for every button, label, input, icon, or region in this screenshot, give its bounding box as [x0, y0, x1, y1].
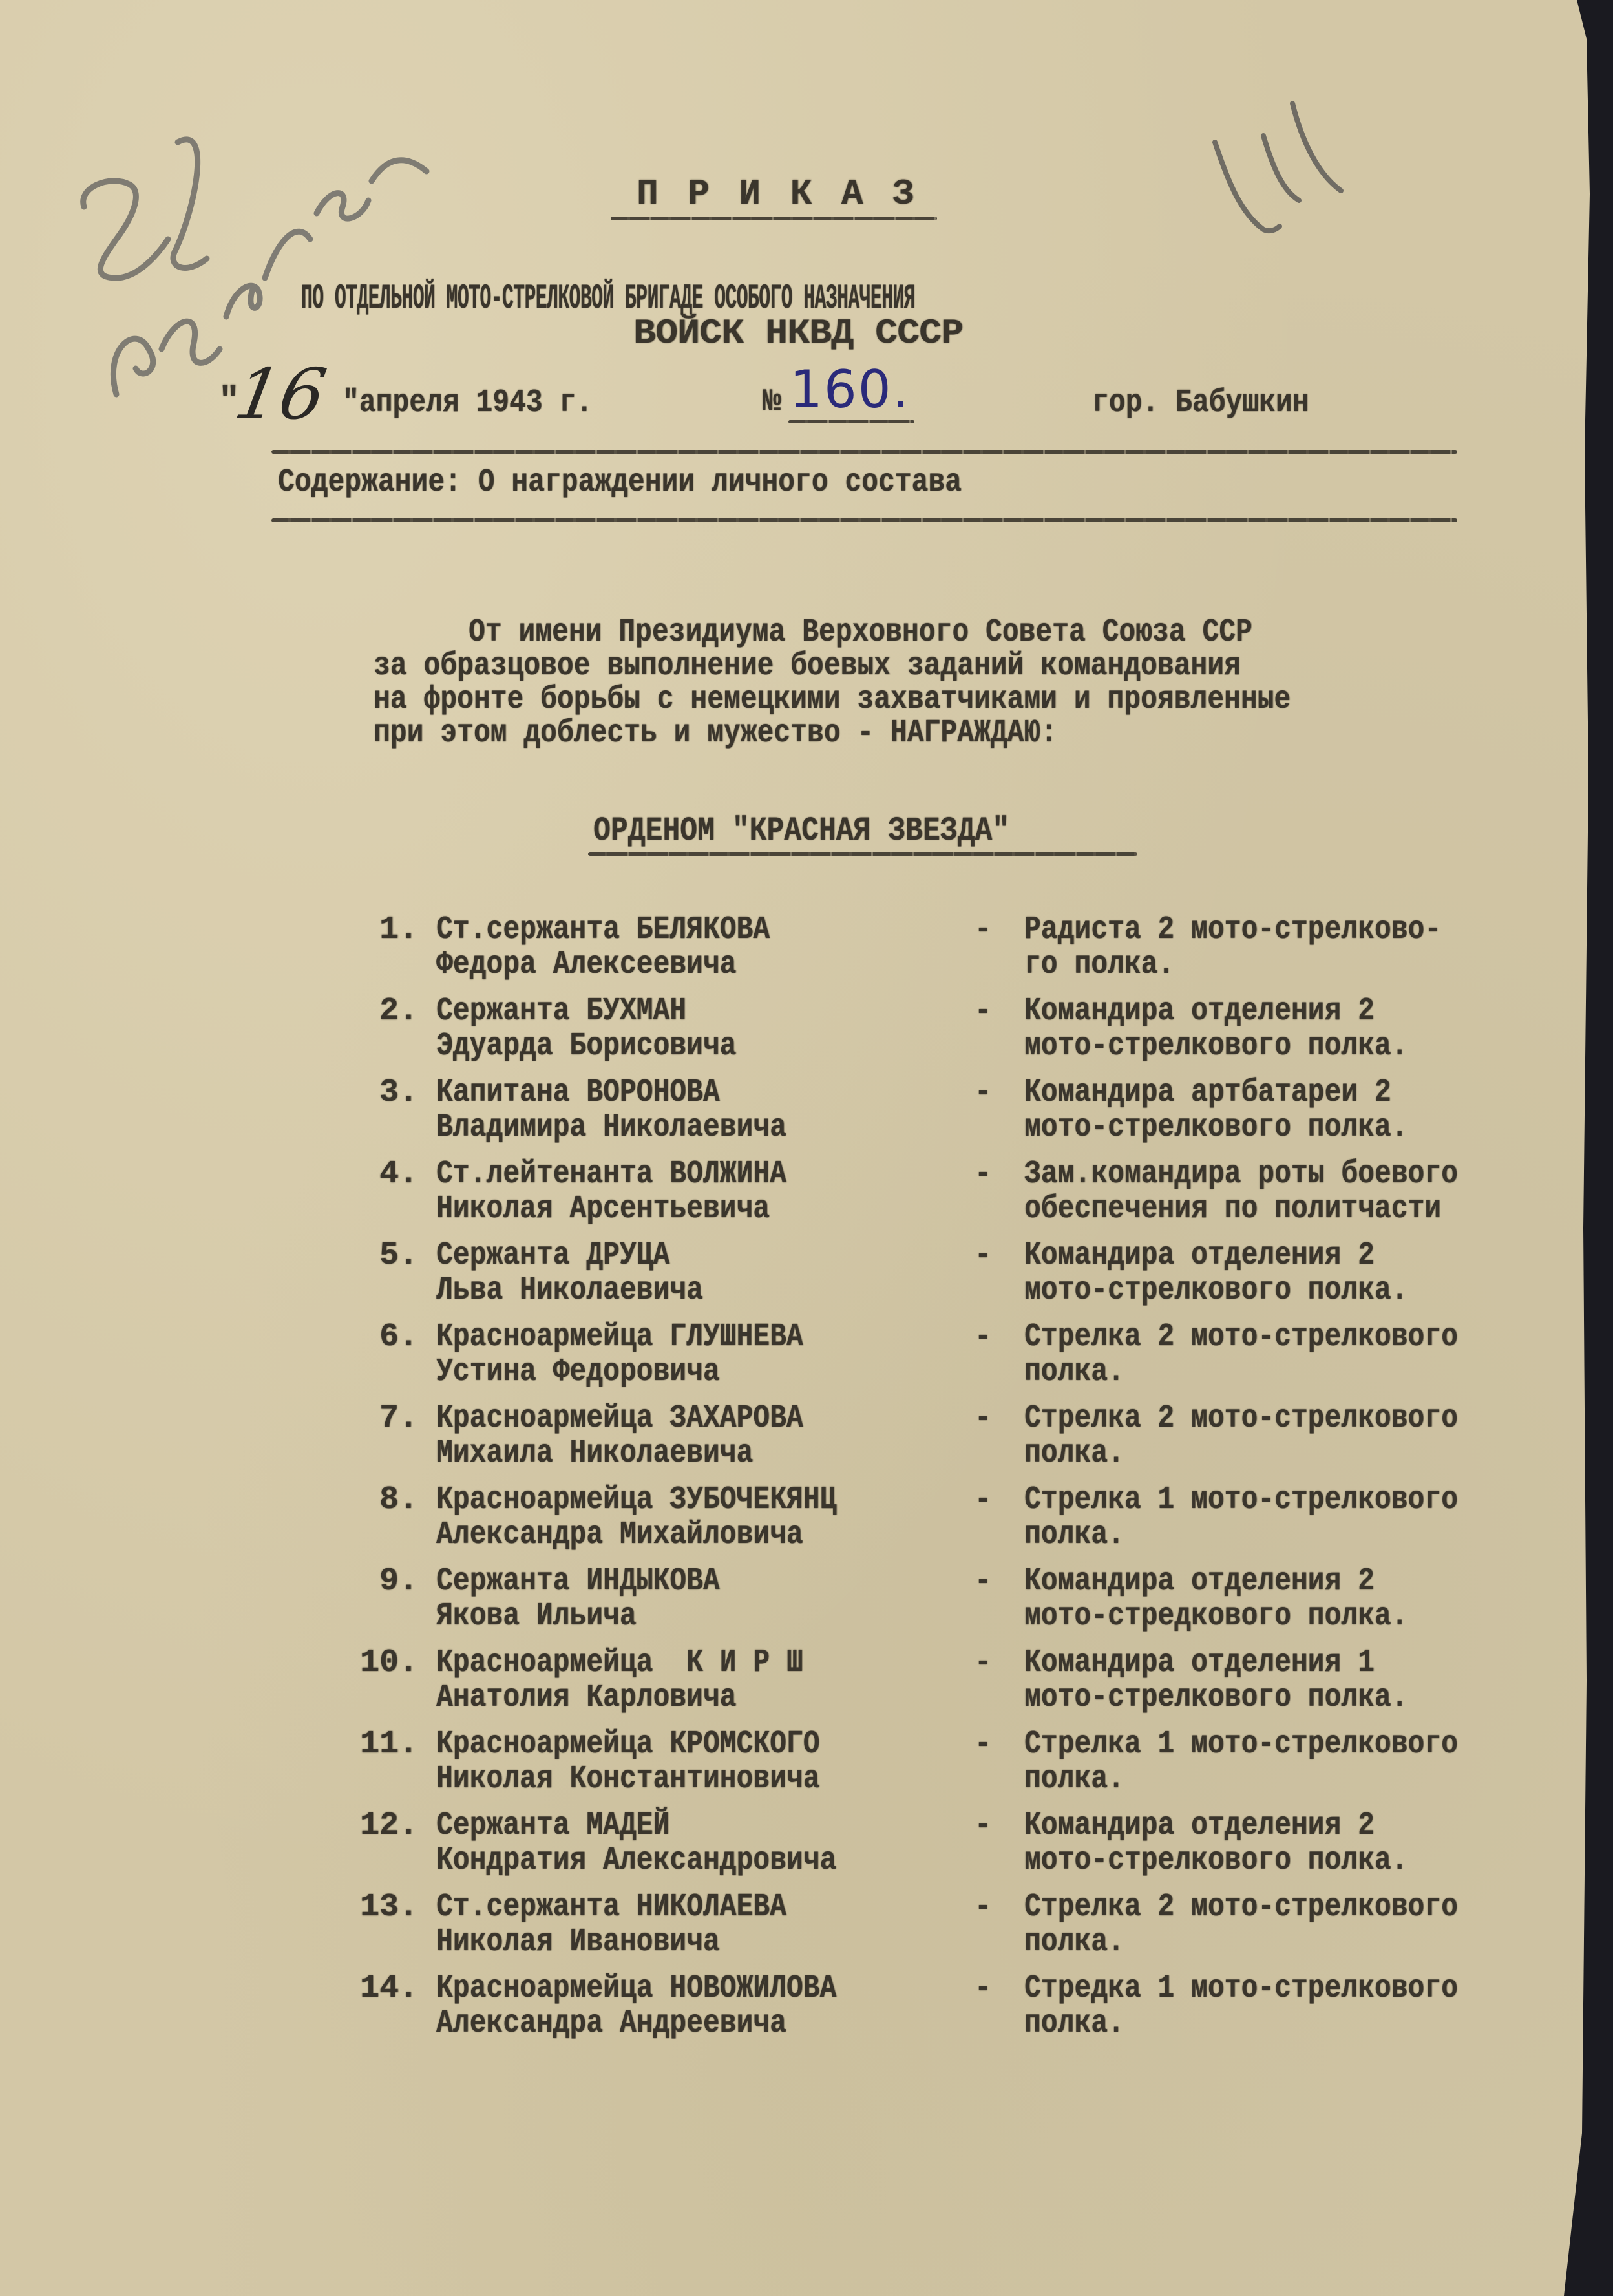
- recipient-role-line-1: Командира артбатареи 2: [1024, 1074, 1391, 1111]
- preamble-line-3: на фронте борьбы с немецкими захватчикам…: [374, 681, 1291, 718]
- recipient-dash: -: [975, 911, 991, 948]
- recipient-number: 9.: [346, 1563, 418, 1600]
- recipient-number: 13.: [346, 1889, 418, 1926]
- recipient-number: 4.: [346, 1156, 418, 1193]
- recipient-number: 7.: [346, 1400, 418, 1437]
- recipient-dash: -: [975, 1563, 991, 1600]
- contents-line: Содержание: О награждении личного состав…: [278, 464, 962, 501]
- recipient-dash: -: [975, 993, 991, 1030]
- recipient-rank-surname: Ст.сержанта НИКОЛАЕВА: [436, 1889, 786, 1926]
- recipient-rank-surname: Сержанта МАДЕЙ: [436, 1807, 669, 1844]
- pencil-mark-top-right: III: [1202, 97, 1370, 246]
- recipient-role-line-2: го полка.: [1024, 946, 1174, 983]
- recipient-rank-surname: Красноармейца ЗАХАРОВА: [436, 1400, 803, 1437]
- recipient-role-line-2: мото-стрелкового полка.: [1024, 1679, 1408, 1716]
- order-number-underline: [788, 420, 914, 423]
- recipient-dash: -: [975, 1807, 991, 1844]
- order-number-handwritten: 160.: [790, 359, 910, 420]
- pencil-note-top-left: 52 Награды: [39, 45, 439, 407]
- recipient-role-line-2: мото-стрелкового полка.: [1024, 1842, 1408, 1879]
- header-rule-top: [271, 450, 1457, 454]
- recipient-given-names: Устина Федоровича: [436, 1354, 720, 1390]
- recipient-dash: -: [975, 1726, 991, 1763]
- recipient-role-line-1: Радиста 2 мото-стрелково-: [1024, 911, 1441, 948]
- preamble-line-4: при этом доблесть и мужество - НАГРАЖДАЮ…: [374, 715, 1057, 752]
- recipient-rank-surname: Красноармейца КРОМСКОГО: [436, 1726, 820, 1763]
- recipient-rank-surname: Красноармейца НОВОЖИЛОВА: [436, 1970, 836, 2007]
- organization-line-1: ПО ОТДЕЛЬНОЙ МОТО-СТРЕЛКОВОЙ БРИГАДЕ ОСО…: [301, 279, 1510, 319]
- recipient-role-line-1: Командира отделения 2: [1024, 1563, 1375, 1600]
- recipient-role-line-2: полка.: [1024, 2005, 1124, 2042]
- recipient-number: 12.: [346, 1807, 418, 1844]
- recipient-role-line-1: Зам.командира роты боевого: [1024, 1156, 1458, 1193]
- recipient-dash: -: [975, 1970, 991, 2007]
- recipient-role-line-2: полка.: [1024, 1354, 1124, 1390]
- award-heading-underline: [588, 852, 1137, 856]
- recipient-number: 2.: [346, 993, 418, 1030]
- recipient-role-line-1: Стредка 1 мото-стрелкового: [1024, 1970, 1458, 2007]
- recipient-dash: -: [975, 1319, 991, 1355]
- recipient-role-line-1: Командира отделения 1: [1024, 1644, 1375, 1681]
- city: гор. Бабушкин: [1092, 385, 1309, 421]
- header-rule-bottom: [271, 518, 1457, 522]
- recipient-given-names: Николая Ивановича: [436, 1924, 720, 1961]
- recipient-number: 11.: [346, 1726, 418, 1763]
- title-underline: [611, 217, 937, 220]
- recipient-role-line-1: Стрелка 2 мото-стрелкового: [1024, 1889, 1458, 1926]
- recipient-role-line-2: обеспечения по политчасти: [1024, 1191, 1441, 1228]
- recipient-number: 3.: [346, 1074, 418, 1111]
- recipient-rank-surname: Сержанта ИНДЫКОВА: [436, 1563, 720, 1600]
- recipient-role-line-2: полка.: [1024, 1924, 1124, 1961]
- preamble-line-1: От имени Президиума Верховного Совета Со…: [469, 614, 1252, 651]
- recipient-role-line-1: Стрелка 2 мото-стрелкового: [1024, 1400, 1458, 1437]
- recipient-given-names: Анатолия Карловича: [436, 1679, 736, 1716]
- recipient-number: 5.: [346, 1237, 418, 1274]
- recipient-given-names: Якова Ильича: [436, 1598, 637, 1635]
- recipient-role-line-1: Стрелка 1 мото-стрелкового: [1024, 1482, 1458, 1518]
- recipient-role-line-2: мото-стрелкового полка.: [1024, 1272, 1408, 1309]
- recipient-number: 8.: [346, 1482, 418, 1518]
- recipient-number: 6.: [346, 1319, 418, 1355]
- recipient-dash: -: [975, 1889, 991, 1926]
- preamble-line-2: за образцовое выполнение боевых заданий …: [374, 648, 1241, 685]
- recipient-given-names: Федора Алексеевича: [436, 946, 736, 983]
- recipient-given-names: Кондратия Александровича: [436, 1842, 836, 1879]
- document-title: П Р И К А З: [637, 173, 918, 215]
- recipient-dash: -: [975, 1237, 991, 1274]
- organization-line-2: ВОЙСК НКВД СССР: [633, 314, 963, 354]
- recipient-role-line-2: мото-стредкового полка.: [1024, 1598, 1408, 1635]
- recipient-rank-surname: Красноармейца К И Р Ш: [436, 1644, 803, 1681]
- date-month-year: "апреля 1943 г.: [343, 385, 593, 421]
- recipient-given-names: Льва Николаевича: [436, 1272, 703, 1309]
- document-page: 52 Награды III П Р И К А З ПО ОТДЕЛЬНОЙ …: [0, 0, 1590, 2296]
- recipient-given-names: Михаила Николаевича: [436, 1435, 753, 1472]
- recipient-given-names: Владимира Николаевича: [436, 1109, 786, 1146]
- recipient-role-line-1: Командира отделения 2: [1024, 1807, 1375, 1844]
- recipient-given-names: Николая Константиновича: [436, 1761, 820, 1798]
- recipient-rank-surname: Сержанта БУХМАН: [436, 993, 686, 1030]
- recipient-rank-surname: Сержанта ДРУЦА: [436, 1237, 669, 1274]
- recipient-number: 10.: [346, 1644, 418, 1681]
- recipient-role-line-2: полка.: [1024, 1516, 1124, 1553]
- recipient-given-names: Александра Андреевича: [436, 2005, 786, 2042]
- recipient-role-line-2: мото-стрелкового полка.: [1024, 1028, 1408, 1065]
- recipient-role-line-1: Стрелка 1 мото-стрелкового: [1024, 1726, 1458, 1763]
- recipient-given-names: Александра Михайловича: [436, 1516, 803, 1553]
- recipient-role-line-1: Командира отделения 2: [1024, 993, 1375, 1030]
- recipient-given-names: Николая Арсентьевича: [436, 1191, 770, 1228]
- recipient-number: 1.: [346, 911, 418, 948]
- recipient-rank-surname: Капитана ВОРОНОВА: [436, 1074, 720, 1111]
- recipient-rank-surname: Красноармейца ГЛУШНЕВА: [436, 1319, 803, 1355]
- recipient-rank-surname: Ст.сержанта БЕЛЯКОВА: [436, 911, 770, 948]
- recipient-dash: -: [975, 1482, 991, 1518]
- recipient-role-line-1: Стрелка 2 мото-стрелкового: [1024, 1319, 1458, 1355]
- date-day-handwritten: 16: [229, 354, 332, 435]
- recipient-rank-surname: Ст.лейтенанта ВОЛЖИНА: [436, 1156, 786, 1193]
- recipient-dash: -: [975, 1074, 991, 1111]
- recipient-dash: -: [975, 1156, 991, 1193]
- recipient-role-line-1: Командира отделения 2: [1024, 1237, 1375, 1274]
- recipient-rank-surname: Красноармейца ЗУБОЧЕКЯНЦ: [436, 1482, 836, 1518]
- recipient-role-line-2: полка.: [1024, 1761, 1124, 1798]
- recipient-given-names: Эдуарда Борисовича: [436, 1028, 736, 1065]
- recipient-role-line-2: полка.: [1024, 1435, 1124, 1472]
- award-heading: ОРДЕНОМ "КРАСНАЯ ЗВЕЗДА": [593, 812, 1009, 850]
- order-number-label: №: [763, 385, 781, 420]
- recipient-role-line-2: мото-стрелкового полка.: [1024, 1109, 1408, 1146]
- recipient-number: 14.: [346, 1970, 418, 2007]
- recipient-dash: -: [975, 1400, 991, 1437]
- recipient-dash: -: [975, 1644, 991, 1681]
